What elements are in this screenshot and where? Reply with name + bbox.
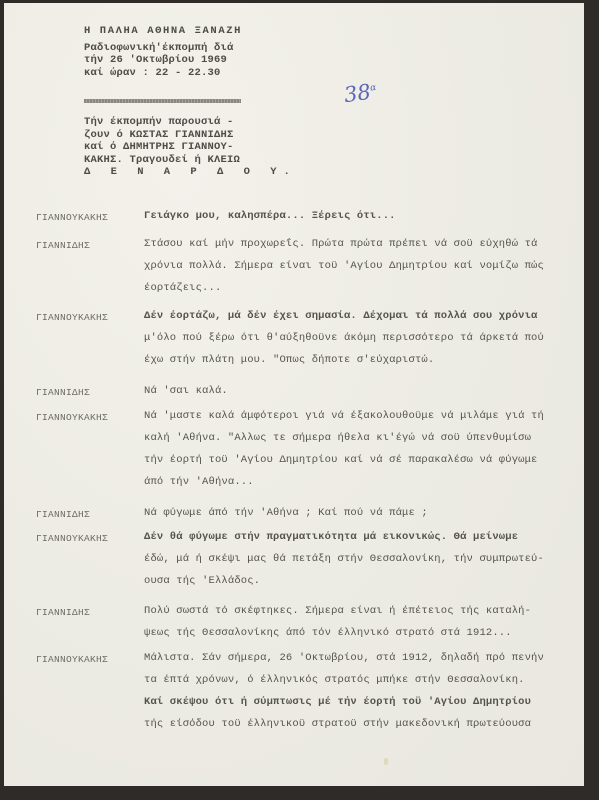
presenters-line-4: ΚΑΚΗΣ. Τραγουδεί ή ΚΛΕΙΩ — [84, 154, 297, 167]
dialogue-line: Γειάγκο μου, καλησπέρα... Ξέρεις ότι... — [144, 210, 396, 222]
dialogue-line: τήν έορτή τοϋ 'Αγίου Δημητρίου καί νά σέ… — [144, 454, 538, 466]
dialogue-line: άπό τήν 'Αθήνα... — [144, 476, 254, 488]
header-line-3: καί ώραν : 22 - 22.30 — [84, 67, 242, 80]
speaker-label: ΓΙΑΝΝΟΥΚΑΚΗΣ — [36, 654, 108, 665]
dialogue-line: έχω στήν πλάτη μου. "Οπως δήποτε σ'εύχαρ… — [144, 354, 434, 366]
header-line-1: Ραδιοφωνική'έκπομπή διά — [84, 42, 242, 55]
dialogue-line: Νά φύγωμε άπό τήν 'Αθήνα ; Καί πού νά πά… — [144, 507, 428, 519]
dialogue-line: έδώ, μά ή σκέψι μας θά πετάξη στήν Θεσσα… — [144, 553, 544, 565]
header-block: Η ΠΑΛΗΑ ΑΘΗΝΑ ΞΑΝΑΖΗ Ραδιοφωνική'έκπομπή… — [84, 25, 242, 79]
document-page: Η ΠΑΛΗΑ ΑΘΗΝΑ ΞΑΝΑΖΗ Ραδιοφωνική'έκπομπή… — [4, 3, 584, 786]
speaker-label: ΓΙΑΝΝΟΥΚΑΚΗΣ — [36, 212, 108, 223]
dialogue-line: Μάλιστα. Σάν σήμερα, 26 'Οκτωβρίου, στά … — [144, 652, 544, 664]
presenters-line-2: ζουν ό ΚΩΣΤΑΣ ΓΙΑΝΝΙΔΗΣ — [84, 129, 297, 142]
dialogue-line: ουσα τής 'Ελλάδος. — [144, 575, 260, 587]
presenters-line-3: καί ό ΔΗΜΗΤΡΗΣ ΓΙΑΝΝΟΥ- — [84, 141, 297, 154]
program-title: Η ΠΑΛΗΑ ΑΘΗΝΑ ΞΑΝΑΖΗ — [84, 25, 242, 38]
speaker-label: ΓΙΑΝΝΟΥΚΑΚΗΣ — [36, 312, 108, 323]
page-number-value: 38 — [342, 80, 372, 107]
dialogue-line: Δέν θά φύγωμε στήν πραγματικότητα μά εικ… — [144, 531, 518, 543]
speaker-label: ΓΙΑΝΝΙΔΗΣ — [36, 240, 90, 251]
dialogue-line: καλή 'Αθήνα. "Αλλως τε σήμερα ήθελα κι'έ… — [144, 432, 531, 444]
dialogue-line: Δέν έορτάζω, μά δέν έχει σημασία. Δέχομα… — [144, 310, 538, 322]
dialogue-line: Στάσου καί μήν προχωρεΐς. Πρώτα πρώτα πρ… — [144, 238, 538, 250]
dialogue-line: ψεως τής Θεσσαλονίκης άπό τόν έλληνικό σ… — [144, 627, 512, 639]
dialogue-line: Πολύ σωστά τό σκέφτηκες. Σήμερα είναι ή … — [144, 605, 531, 617]
presenters-block: Τήν έκπομπήν παρουσιά - ζουν ό ΚΩΣΤΑΣ ΓΙ… — [84, 116, 297, 179]
typed-underline-divider — [84, 99, 241, 103]
speaker-label: ΓΙΑΝΝΟΥΚΑΚΗΣ — [36, 533, 108, 544]
speaker-label: ΓΙΑΝΝΟΥΚΑΚΗΣ — [36, 412, 108, 423]
header-line-2: τήν 26 'Οκτωβρίου 1969 — [84, 54, 242, 67]
paper-speck — [384, 758, 388, 765]
dialogue-line: έορτάζεις... — [144, 282, 221, 294]
speaker-label: ΓΙΑΝΝΙΔΗΣ — [36, 607, 90, 618]
handwritten-page-number: 38α — [342, 79, 378, 107]
dialogue-line: Νά 'σαι καλά. — [144, 385, 228, 397]
dialogue-line: μ'όλο πού ξέρω ότι θ'αύξηθοϋνε άκόμη περ… — [144, 332, 544, 344]
dialogue-line: τής είσόδου τοϋ έλληνικοϋ στρατοϋ στήν μ… — [144, 718, 531, 730]
page-number-suffix: α — [370, 83, 377, 94]
presenters-line-1: Τήν έκπομπήν παρουσιά - — [84, 116, 297, 129]
dialogue-line: τα έπτά χρόνων, ό έλληνικός στρατός μπήκ… — [144, 674, 525, 686]
speaker-label: ΓΙΑΝΝΙΔΗΣ — [36, 509, 90, 520]
dialogue-line: Καί σκέψου ότι ή σύμπτωσις μέ τήν έορτή … — [144, 696, 531, 708]
dialogue-line: Νά 'μαστε καλά άμφότεροι γιά νά έξακολου… — [144, 410, 544, 422]
presenters-line-5: Δ Ε Ν Α Ρ Δ Ο Υ. — [84, 166, 297, 179]
dialogue-line: χρόνια πολλά. Σήμερα είναι τοϋ 'Αγίου Δη… — [144, 260, 544, 272]
speaker-label: ΓΙΑΝΝΙΔΗΣ — [36, 387, 90, 398]
